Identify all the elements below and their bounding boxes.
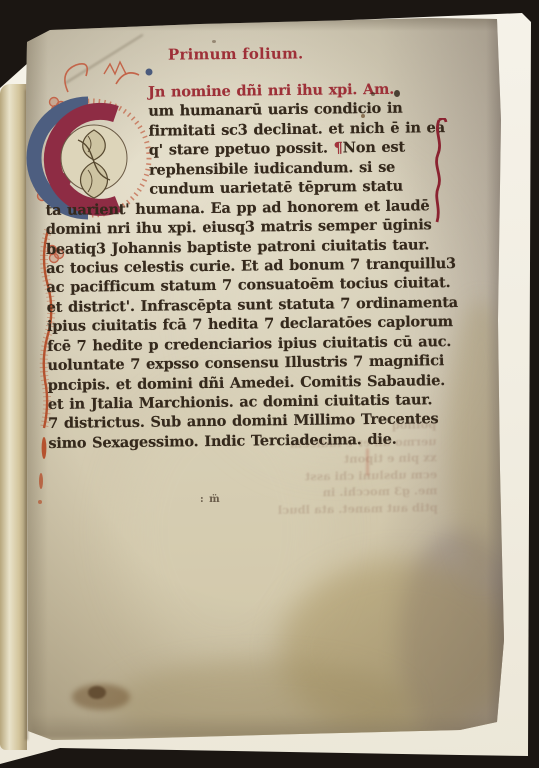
red-marginal-stroke bbox=[430, 118, 448, 228]
parchment-leaf: poilloquermo un er e iudicemxx pin e tip… bbox=[0, 0, 539, 768]
quire-mark: : m̈ bbox=[200, 494, 221, 505]
faint-speck bbox=[212, 40, 216, 43]
book-gutter-edge bbox=[0, 84, 27, 750]
blue-penwork-dot bbox=[146, 69, 153, 76]
rubric-heading: Primum folium. bbox=[168, 44, 304, 63]
ink-speck bbox=[394, 90, 400, 97]
photo-frame: { "photo": { "description": "Photograph … bbox=[0, 0, 539, 768]
manuscript-text-block: Jn nomine dñi nri ihu xpi. Am.um humanar… bbox=[44, 79, 478, 454]
showthrough-red-stroke bbox=[366, 448, 369, 476]
brown-speck bbox=[361, 114, 365, 118]
ink-speck bbox=[371, 92, 375, 96]
